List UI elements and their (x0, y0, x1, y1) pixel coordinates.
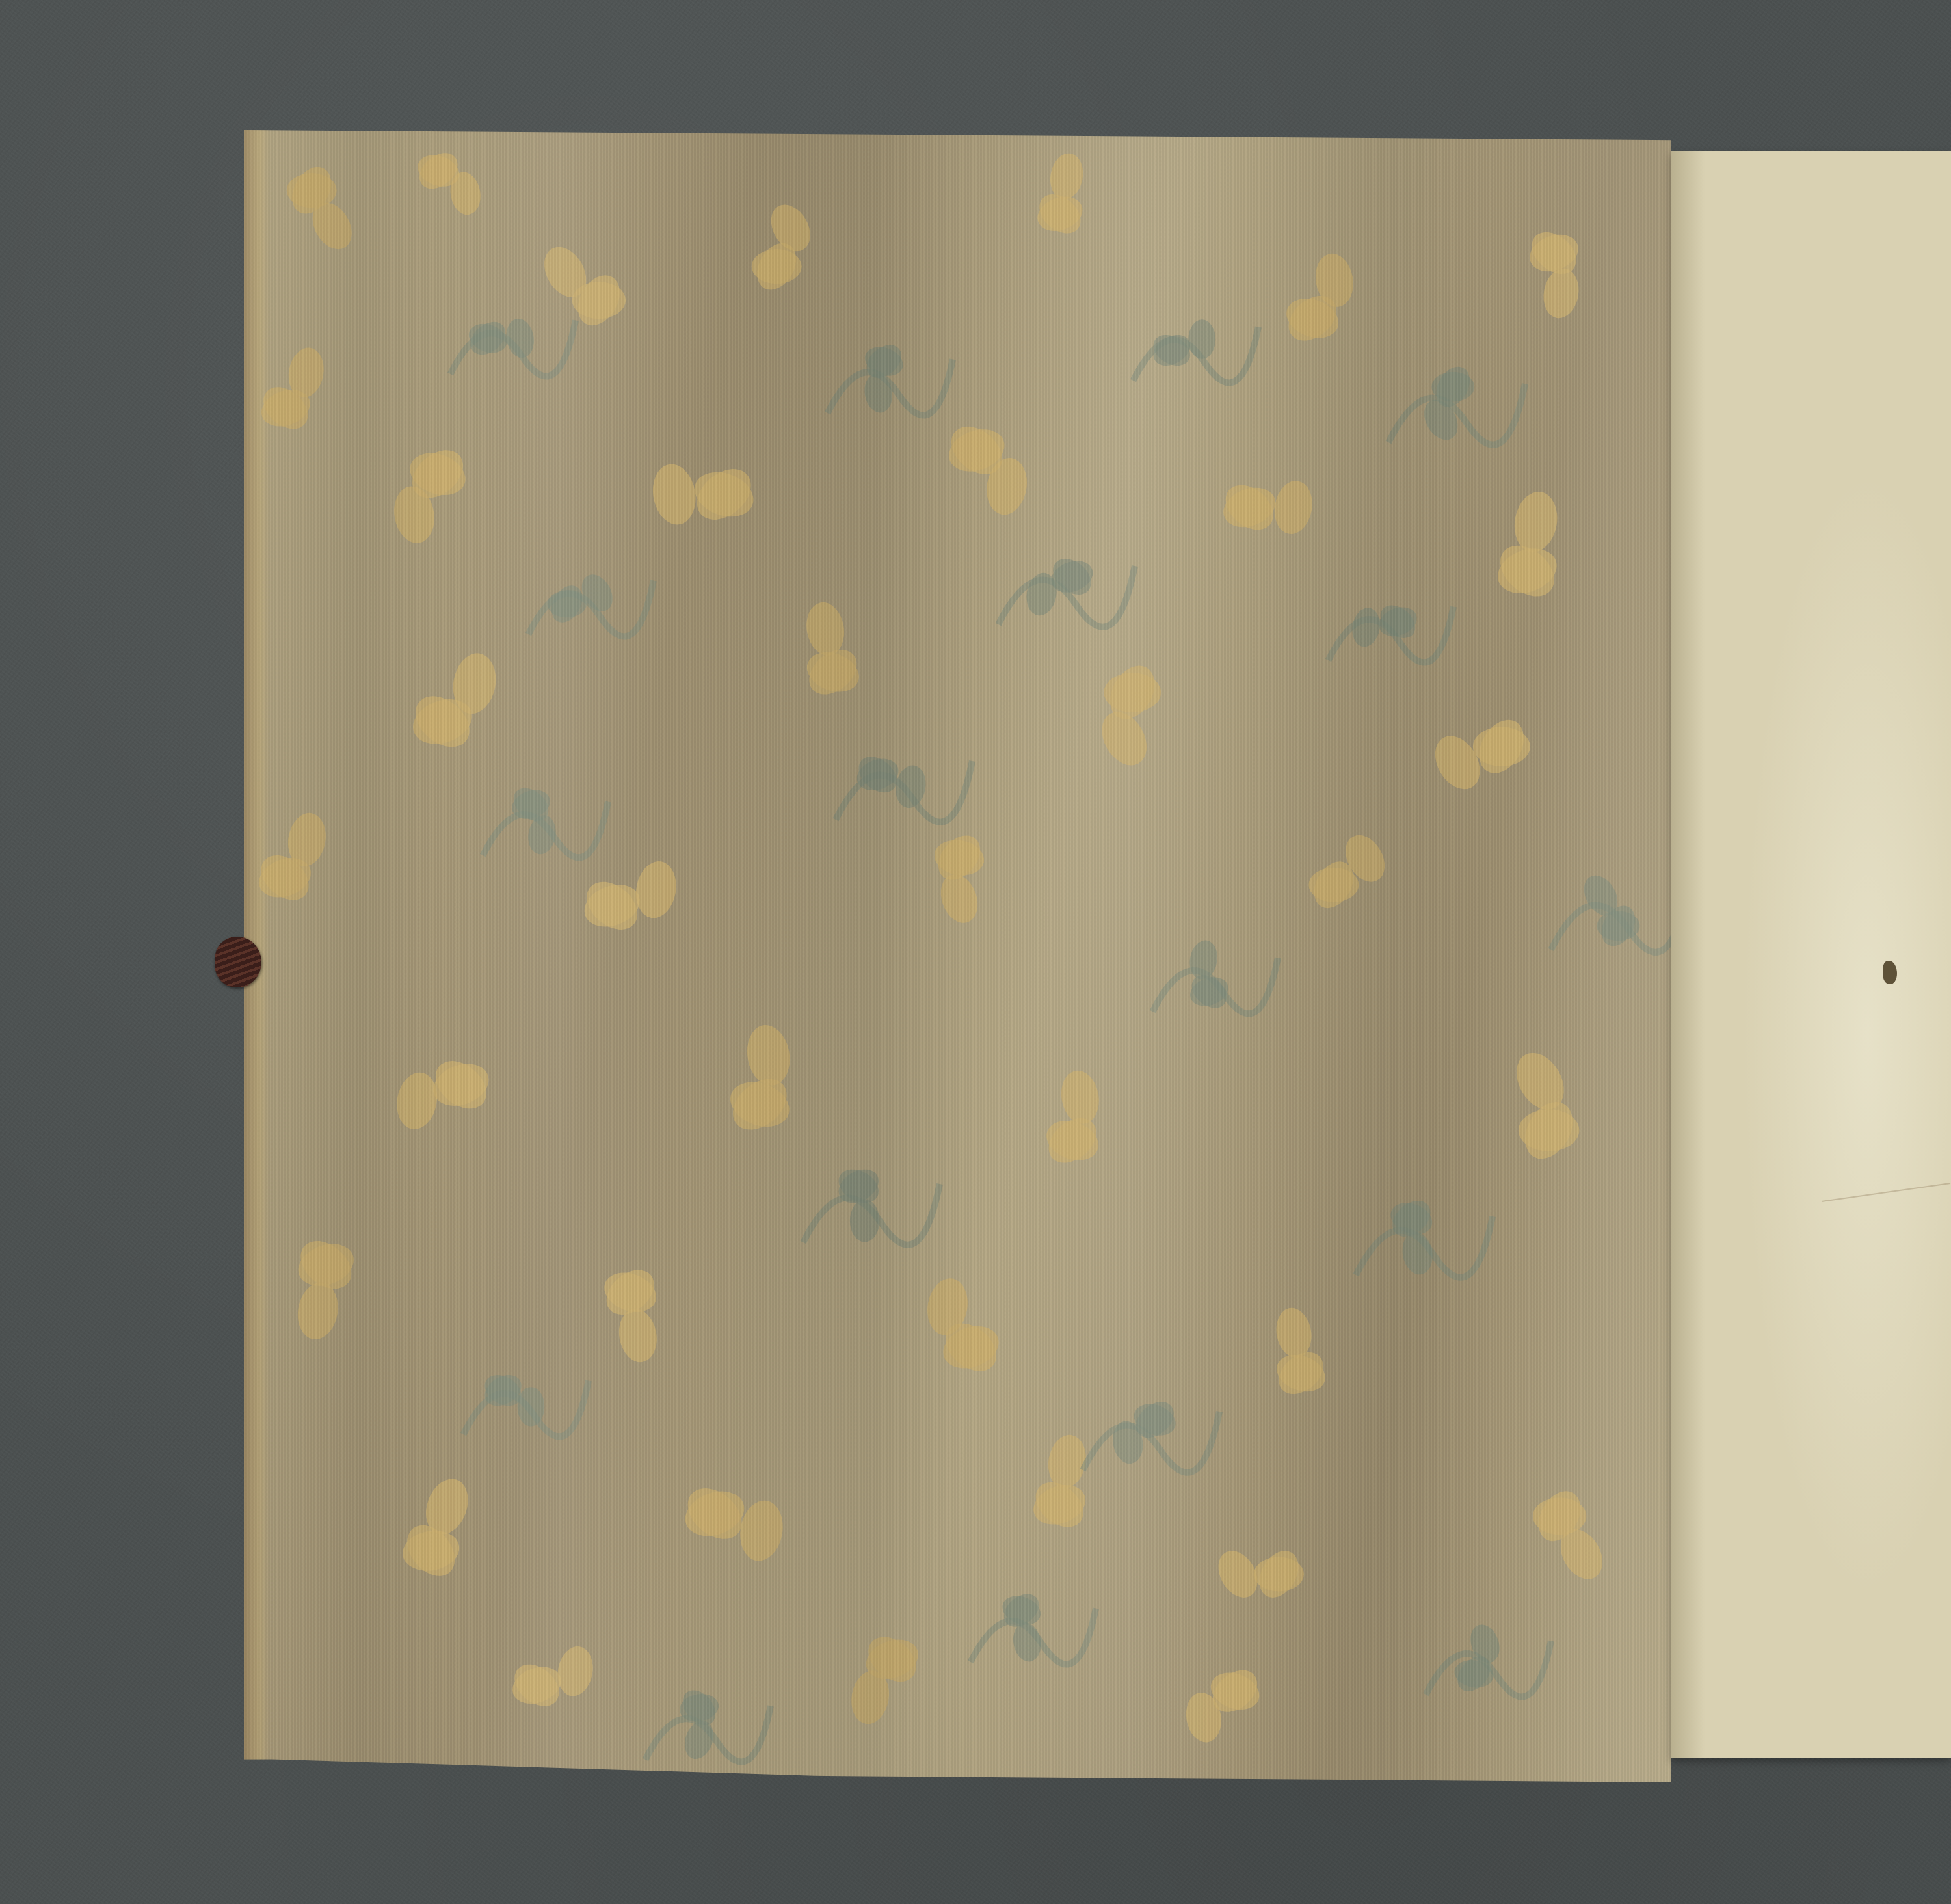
scroll-mounting (244, 130, 1951, 1782)
cord-knot (215, 937, 261, 987)
brocade-panel (244, 130, 1671, 1782)
brocade-fold-shading (244, 130, 1671, 1782)
paper-stain (1883, 961, 1897, 984)
paper-sheen (1671, 151, 1951, 1758)
paper-panel (1671, 151, 1951, 1758)
scene-root (0, 0, 1951, 1904)
